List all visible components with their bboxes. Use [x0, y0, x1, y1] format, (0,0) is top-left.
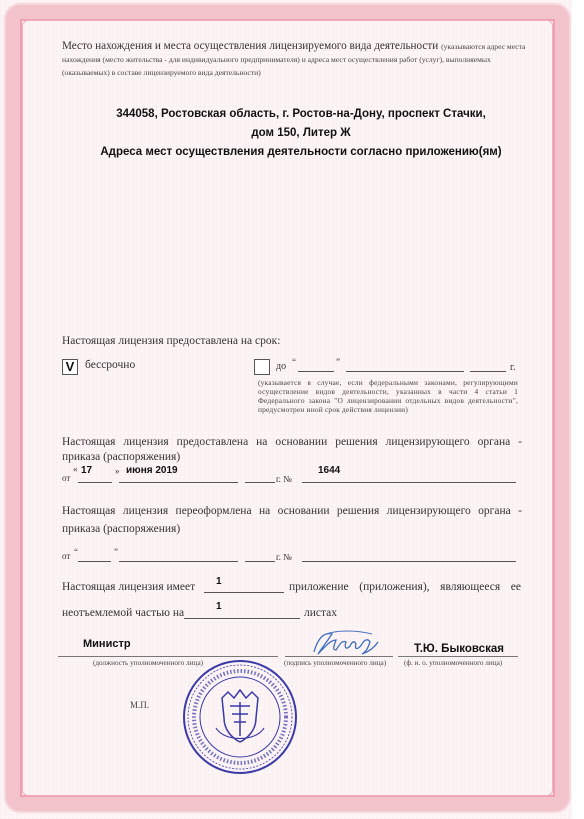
- granted-number: 1644: [318, 465, 340, 476]
- official-position: Министр: [83, 638, 131, 650]
- indefinite-label: бессрочно: [85, 359, 135, 371]
- granted-month-line: [119, 482, 238, 483]
- license-page: Место нахождения и места осуществления л…: [0, 0, 584, 819]
- granted-line-2: приказа (распоряжения): [62, 451, 180, 463]
- reissued-line-1: Настоящая лицензия переоформлена на осно…: [62, 505, 522, 517]
- appendix-line-1-suffix: приложение (приложения), являющееся ее: [289, 581, 521, 593]
- granted-number-line: [302, 482, 516, 483]
- until-month-line[interactable]: [346, 371, 464, 372]
- appendix-line-2-suffix: листах: [304, 607, 337, 619]
- granted-month-year: июня 2019: [126, 465, 178, 476]
- until-prefix: до: [276, 361, 286, 372]
- granted-number-label: г. №: [276, 474, 292, 484]
- reissued-number-line[interactable]: [302, 561, 516, 562]
- granted-year-line: [245, 482, 275, 483]
- address-line-1: 344058, Ростовская область, г. Ростов-на…: [62, 108, 540, 120]
- seal-label: М.П.: [130, 700, 149, 710]
- name-line: [398, 656, 518, 657]
- granted-day: 17: [81, 465, 92, 476]
- handwritten-signature: [310, 628, 380, 660]
- granted-day-line: [78, 482, 112, 483]
- granted-line-1: Настоящая лицензия предоставлена на осно…: [62, 436, 522, 448]
- reissued-quote-open: “: [74, 547, 78, 557]
- granted-quote-close: »: [115, 466, 120, 476]
- reissued-from: от: [62, 551, 70, 561]
- location-header-title: Место нахождения и места осуществления л…: [62, 40, 438, 52]
- until-year-line[interactable]: [470, 371, 506, 372]
- until-checkbox[interactable]: [254, 359, 270, 375]
- term-label: Настоящая лицензия предоставлена на срок…: [62, 335, 280, 347]
- reissued-quote-close: ”: [114, 547, 118, 557]
- until-day-line[interactable]: [298, 371, 334, 372]
- until-year-suffix: г.: [510, 362, 515, 373]
- until-quote-close: ”: [336, 357, 340, 367]
- official-name: Т.Ю. Быковская: [414, 643, 504, 655]
- reissued-month-line[interactable]: [119, 561, 238, 562]
- location-header: Место нахождения и места осуществления л…: [62, 40, 540, 79]
- appendix-count: 1: [216, 576, 222, 587]
- reissued-line-2: приказа (распоряжения): [62, 523, 180, 535]
- position-line: [58, 656, 278, 657]
- reissued-day-line[interactable]: [78, 561, 111, 562]
- address-line-3: Адреса мест осуществления деятельности с…: [62, 146, 540, 158]
- reissued-number-label: г. №: [276, 552, 292, 562]
- granted-quote-open: «: [73, 464, 78, 474]
- address-line-2: дом 150, Литер Ж: [62, 127, 540, 139]
- scan-edge: [572, 0, 584, 819]
- granted-from: от: [62, 473, 70, 483]
- appendix-line-1-prefix: Настоящая лицензия имеет: [62, 581, 195, 593]
- indefinite-checkbox[interactable]: V: [62, 359, 78, 375]
- appendix-sheets: 1: [216, 601, 222, 612]
- name-caption: (ф. и. о. уполномоченного лица): [404, 659, 502, 667]
- appendix-sheets-line: [184, 618, 300, 619]
- until-note: (указывается в случае, если федеральными…: [258, 378, 518, 414]
- until-quote-open: “: [292, 357, 296, 367]
- official-stamp-icon: [180, 658, 300, 776]
- appendix-line-2-prefix: неотъемлемой частью на: [62, 607, 184, 619]
- reissued-year-line[interactable]: [245, 561, 275, 562]
- appendix-count-line: [204, 592, 284, 593]
